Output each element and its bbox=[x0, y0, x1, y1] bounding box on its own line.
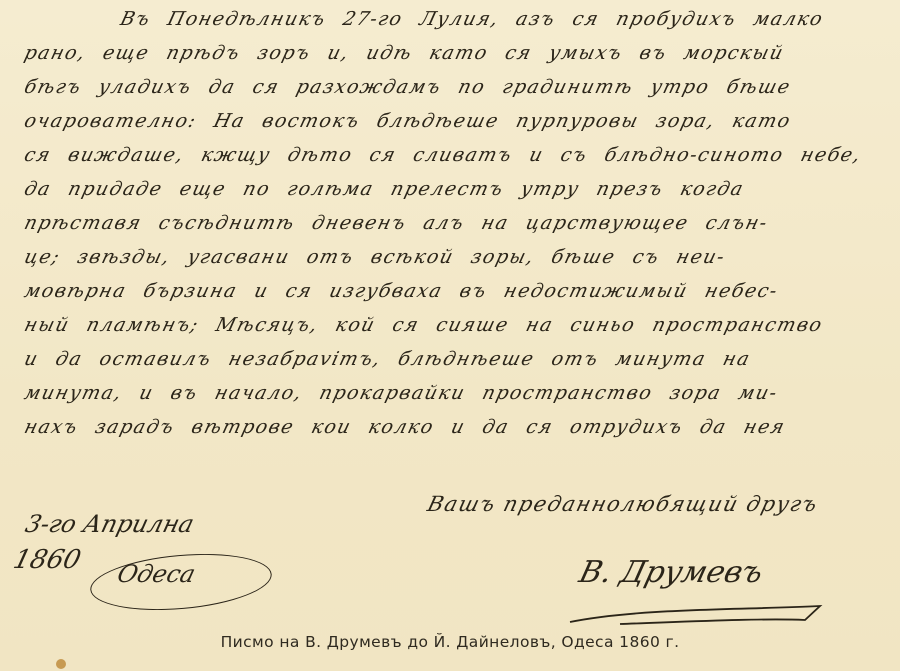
letter-date: 3-го Априлна bbox=[23, 510, 197, 538]
letter-place: Одеса bbox=[115, 560, 199, 588]
scanned-page: Въ Понедѣлникъ 27-го Лулия, азъ ся пробу… bbox=[0, 0, 900, 671]
letter-line: и да оставилъ незабрavimъ, блѣднѣеше отъ… bbox=[22, 348, 887, 370]
figure-caption: Писмо на В. Друмевъ до Й. Дайнеловъ, Оде… bbox=[0, 633, 900, 651]
letter-line: минута, и въ начало, прокарвайки простра… bbox=[22, 382, 887, 404]
letter-line: мовѣрна бързина и ся изгубваха въ недост… bbox=[22, 280, 887, 302]
letter-line: бѣгъ уладихъ да ся разхождамъ по градини… bbox=[22, 76, 887, 98]
signature: В. Друмевъ bbox=[576, 555, 767, 590]
letter-line: це; звѣзды, угасвани отъ всѣкой зоры, бѣ… bbox=[22, 246, 887, 268]
letter-year: 1860 bbox=[10, 545, 84, 575]
letter-line: рано, еще прѣдъ зоръ и, идѣ като ся умых… bbox=[22, 42, 887, 64]
letter-body: Въ Понедѣлникъ 27-го Лулия, азъ ся пробу… bbox=[0, 0, 900, 470]
letter-line: очарователно: На востокъ блѣдѣеше пурпур… bbox=[22, 110, 887, 132]
letter-closing: Вашъ преданнолюбящий другъ bbox=[425, 492, 821, 516]
letter-line: прѣставя съсѣднитѣ дневенъ алъ на царств… bbox=[22, 212, 887, 234]
letter-line: да придаде еще по голѣма прелестъ утру п… bbox=[22, 178, 887, 200]
letter-line: ный пламѣнъ; Мѣсяцъ, кой ся сияше на син… bbox=[22, 314, 887, 336]
scan-speck-decoration bbox=[56, 659, 66, 669]
signature-flourish-icon bbox=[560, 600, 860, 630]
letter-line: нахъ зарадъ вѣтрове кои колко и да ся от… bbox=[22, 416, 887, 438]
letter-line: Въ Понедѣлникъ 27-го Лулия, азъ ся пробу… bbox=[118, 8, 893, 30]
letter-line: ся виждаше, кжщу дѣто ся сливатъ и съ бл… bbox=[22, 144, 887, 166]
